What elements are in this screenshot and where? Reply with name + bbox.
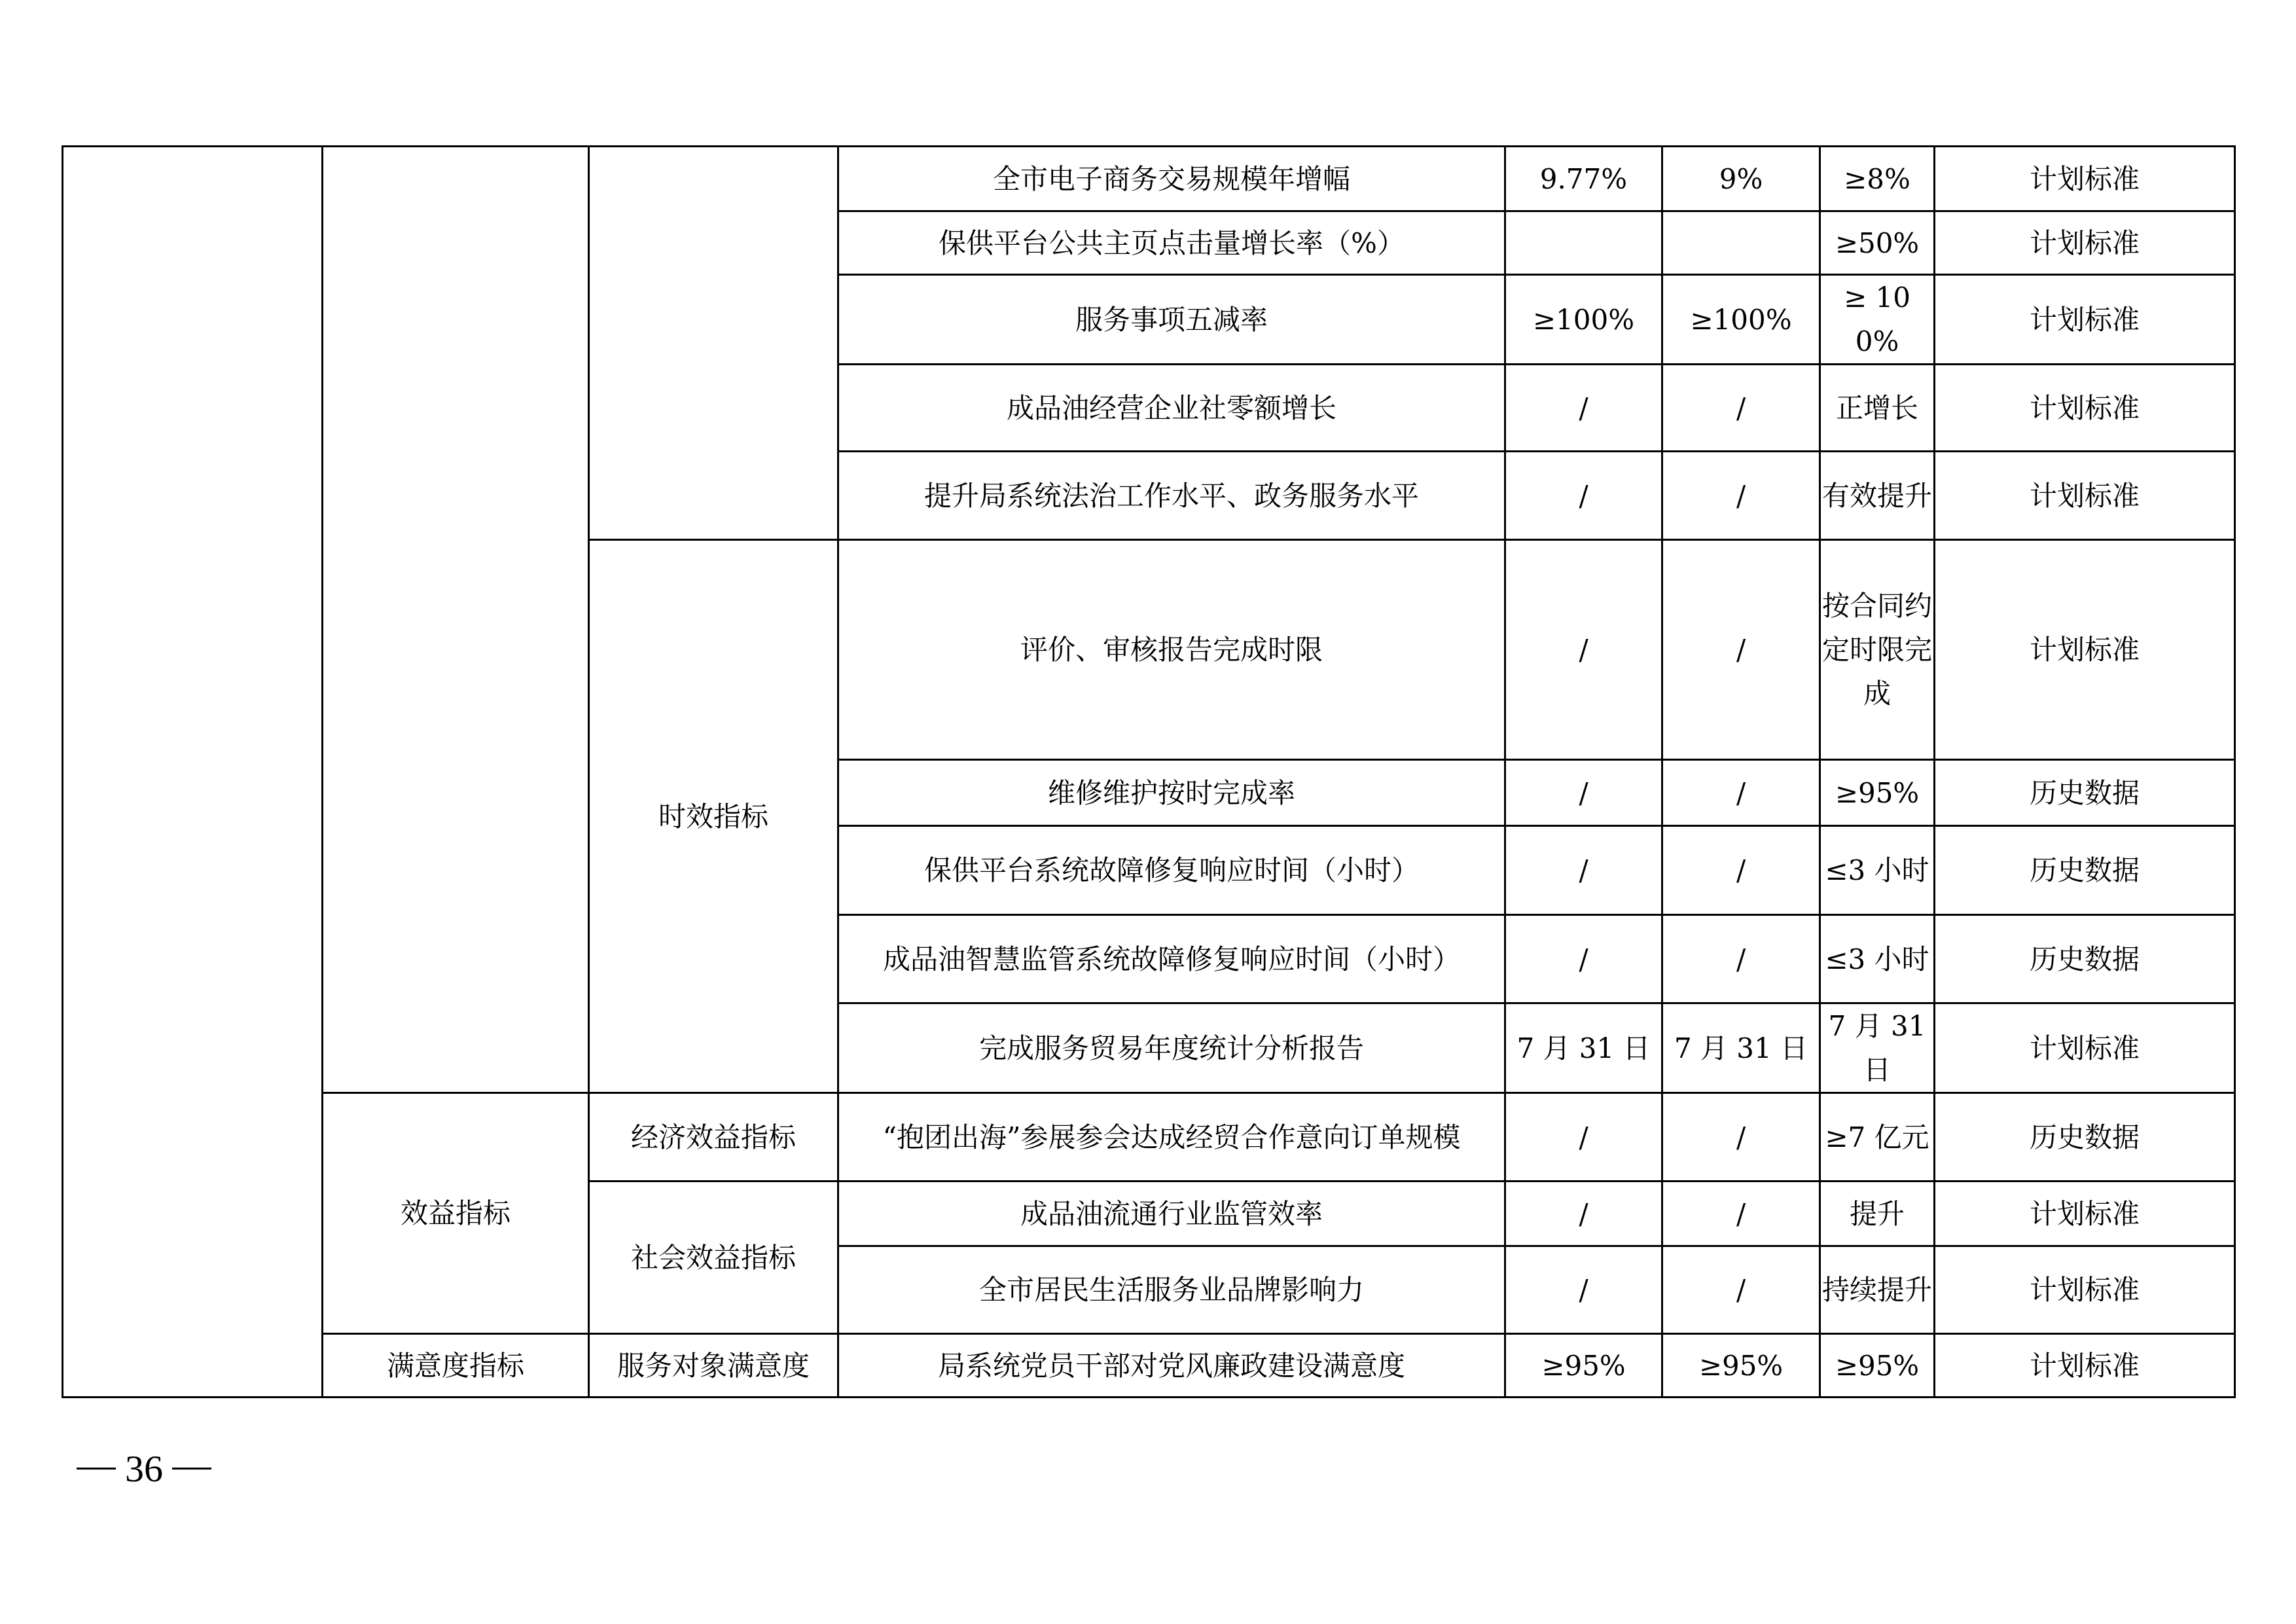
table-row: 满意度指标 服务对象满意度 局系统党员干部对党风廉政建设满意度 ≥95% ≥95… xyxy=(63,1334,2235,1398)
basis-cell: 计划标准 xyxy=(1935,1182,2235,1246)
basis-cell: 历史数据 xyxy=(1935,1093,2235,1182)
current-target-cell: / xyxy=(1662,1182,1820,1246)
current-target-cell: / xyxy=(1662,1246,1820,1334)
service-satisfaction-category-cell: 服务对象满意度 xyxy=(589,1334,838,1398)
current-target-cell: / xyxy=(1662,1093,1820,1182)
basis-cell: 计划标准 xyxy=(1935,211,2235,275)
target-cell: ≥95% xyxy=(1820,760,1935,826)
current-target-cell: / xyxy=(1662,452,1820,540)
indicator-cell: “抱团出海”参展参会达成经贸合作意向订单规模 xyxy=(838,1093,1505,1182)
table-row: 全市电子商务交易规模年增幅 9.77% 9% ≥8% 计划标准 xyxy=(63,147,2235,211)
indicator-cell: 服务事项五减率 xyxy=(838,275,1505,365)
current-target-cell: ≥100% xyxy=(1662,275,1820,365)
indicator-cell: 全市电子商务交易规模年增幅 xyxy=(838,147,1505,211)
prev-actual-cell: / xyxy=(1505,1182,1662,1246)
prev-actual-cell xyxy=(1505,211,1662,275)
indicator-cell: 保供平台系统故障修复响应时间（小时） xyxy=(838,826,1505,915)
prev-actual-cell: / xyxy=(1505,1093,1662,1182)
prev-actual-cell: / xyxy=(1505,365,1662,452)
page-number-value: 36 xyxy=(125,1447,163,1490)
performance-indicator-table: 全市电子商务交易规模年增幅 9.77% 9% ≥8% 计划标准 保供平台公共主页… xyxy=(62,145,2236,1398)
target-cell: ≤3 小时 xyxy=(1820,915,1935,1003)
prev-actual-cell: ≥95% xyxy=(1505,1334,1662,1398)
current-target-cell: / xyxy=(1662,915,1820,1003)
basis-cell: 计划标准 xyxy=(1935,147,2235,211)
prev-actual-cell: / xyxy=(1505,1246,1662,1334)
prev-actual-cell: / xyxy=(1505,452,1662,540)
page-number: 36 xyxy=(77,1445,211,1491)
basis-cell: 历史数据 xyxy=(1935,826,2235,915)
indicator-cell: 保供平台公共主页点击量增长率（%） xyxy=(838,211,1505,275)
basis-cell: 历史数据 xyxy=(1935,760,2235,826)
current-target-cell: ≥95% xyxy=(1662,1334,1820,1398)
target-cell: 按合同约定时限完成 xyxy=(1820,540,1935,760)
basis-cell: 历史数据 xyxy=(1935,915,2235,1003)
indicator-cell: 成品油流通行业监管效率 xyxy=(838,1182,1505,1246)
satisfaction-category-cell: 满意度指标 xyxy=(323,1334,589,1398)
target-cell: 正增长 xyxy=(1820,365,1935,452)
target-cell: ≤3 小时 xyxy=(1820,826,1935,915)
level2-category-cell xyxy=(323,147,589,1093)
indicator-cell: 成品油智慧监管系统故障修复响应时间（小时） xyxy=(838,915,1505,1003)
prev-actual-cell: / xyxy=(1505,915,1662,1003)
indicator-cell: 维修维护按时完成率 xyxy=(838,760,1505,826)
current-target-cell xyxy=(1662,211,1820,275)
prev-actual-cell: 9.77% xyxy=(1505,147,1662,211)
page-number-left-dash xyxy=(77,1468,116,1470)
target-cell: 有效提升 xyxy=(1820,452,1935,540)
basis-cell: 计划标准 xyxy=(1935,1003,2235,1093)
prev-actual-cell: / xyxy=(1505,760,1662,826)
prev-actual-cell: ≥100% xyxy=(1505,275,1662,365)
basis-cell: 计划标准 xyxy=(1935,275,2235,365)
target-cell: ≥7 亿元 xyxy=(1820,1093,1935,1182)
basis-cell: 计划标准 xyxy=(1935,365,2235,452)
current-target-cell: 9% xyxy=(1662,147,1820,211)
current-target-cell: / xyxy=(1662,365,1820,452)
prev-actual-cell: 7 月 31 日 xyxy=(1505,1003,1662,1093)
indicator-cell: 成品油经营企业社零额增长 xyxy=(838,365,1505,452)
table-row: 效益指标 经济效益指标 “抱团出海”参展参会达成经贸合作意向订单规模 / / ≥… xyxy=(63,1093,2235,1182)
prev-actual-cell: / xyxy=(1505,540,1662,760)
target-cell: 提升 xyxy=(1820,1182,1935,1246)
basis-cell: 计划标准 xyxy=(1935,1246,2235,1334)
basis-cell: 计划标准 xyxy=(1935,452,2235,540)
current-target-cell: 7 月 31 日 xyxy=(1662,1003,1820,1093)
basis-cell: 计划标准 xyxy=(1935,1334,2235,1398)
indicator-cell: 完成服务贸易年度统计分析报告 xyxy=(838,1003,1505,1093)
economic-benefit-category-cell: 经济效益指标 xyxy=(589,1093,838,1182)
social-benefit-category-cell: 社会效益指标 xyxy=(589,1182,838,1334)
current-target-cell: / xyxy=(1662,760,1820,826)
target-cell: ≥95% xyxy=(1820,1334,1935,1398)
timeliness-category-cell: 时效指标 xyxy=(589,540,838,1093)
prev-actual-cell: / xyxy=(1505,826,1662,915)
current-target-cell: / xyxy=(1662,826,1820,915)
current-target-cell: / xyxy=(1662,540,1820,760)
page-number-right-dash xyxy=(172,1468,211,1470)
level3-category-cell xyxy=(589,147,838,540)
benefit-category-cell: 效益指标 xyxy=(323,1093,589,1334)
indicator-cell: 提升局系统法治工作水平、政务服务水平 xyxy=(838,452,1505,540)
target-cell: 持续提升 xyxy=(1820,1246,1935,1334)
indicator-cell: 评价、审核报告完成时限 xyxy=(838,540,1505,760)
basis-cell: 计划标准 xyxy=(1935,540,2235,760)
target-cell: ≥8% xyxy=(1820,147,1935,211)
target-cell: ≥ 100% xyxy=(1820,275,1935,365)
level1-category-cell xyxy=(63,147,323,1398)
indicator-cell: 全市居民生活服务业品牌影响力 xyxy=(838,1246,1505,1334)
target-cell: 7 月 31 日 xyxy=(1820,1003,1935,1093)
target-cell: ≥50% xyxy=(1820,211,1935,275)
indicator-cell: 局系统党员干部对党风廉政建设满意度 xyxy=(838,1334,1505,1398)
